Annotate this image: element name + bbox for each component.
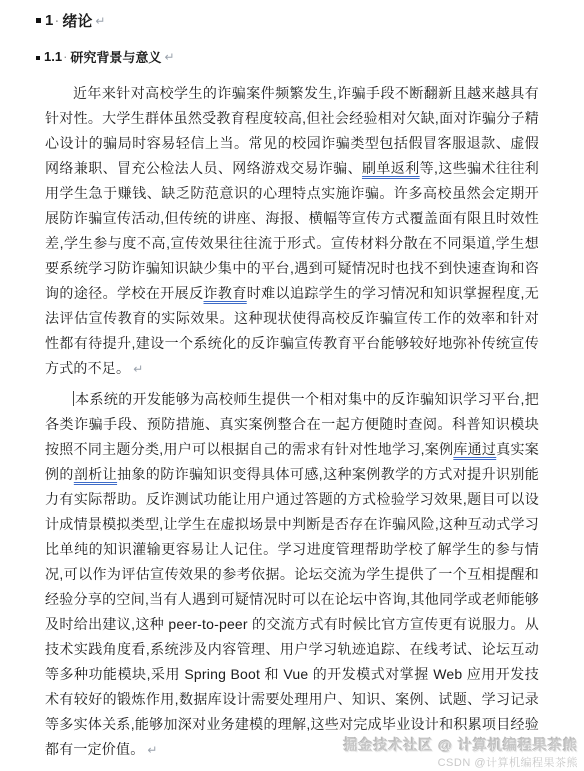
document-page: 1 · 绪论 ↵ 1.1 · 研究背景与意义 ↵ 近年来针对高校学生的诈骗案件频… <box>0 0 584 771</box>
grammar-check-underlined-text: 剖析让 <box>74 466 117 482</box>
document-body[interactable]: 近年来针对高校学生的诈骗案件频繁发生,诈骗手段不断翻新且越来越具有针对性。大学生… <box>45 81 539 763</box>
grammar-check-underlined-text: 库通过 <box>453 441 496 457</box>
space-mark-icon: · <box>62 49 70 64</box>
heading-number: 1 <box>45 12 53 29</box>
heading-title: 绪论 <box>62 10 92 31</box>
grammar-check-underlined-text: 诈教育 <box>204 285 247 301</box>
text-cursor <box>73 391 74 406</box>
paragraph-mark-icon: ↵ <box>133 362 143 376</box>
heading-number: 1.1 <box>44 49 62 64</box>
paragraph-mark-icon: ↵ <box>164 50 174 64</box>
heading-chapter: 1 · 绪论 ↵ <box>36 10 105 31</box>
grammar-check-underlined-text: 刷单返利 <box>362 160 420 176</box>
heading-format-bullet-icon <box>36 18 41 23</box>
heading-title: 研究背景与意义 <box>70 47 161 66</box>
paragraph-text: 等,这些骗术往往利用学生急于赚钱、缺乏防范意识的心理特点实施诈骗。许多高校虽然会… <box>45 160 539 301</box>
paragraph: 近年来针对高校学生的诈骗案件频繁发生,诈骗手段不断翻新且越来越具有针对性。大学生… <box>45 81 539 382</box>
paragraph-text: 抽象的防诈骗知识变得具体可感,这种案例教学的方式对提升识别能力有实际帮助。反诈测… <box>45 466 539 757</box>
paragraph: 本系统的开发能够为高校师生提供一个相对集中的反诈骗知识学习平台,把各类诈骗手段、… <box>45 387 539 763</box>
heading-format-bullet-icon <box>36 56 40 60</box>
paragraph-mark-icon: ↵ <box>95 14 105 28</box>
space-mark-icon: · <box>53 12 62 29</box>
heading-section: 1.1 · 研究背景与意义 ↵ <box>36 47 175 66</box>
paragraph-mark-icon: ↵ <box>147 743 157 757</box>
